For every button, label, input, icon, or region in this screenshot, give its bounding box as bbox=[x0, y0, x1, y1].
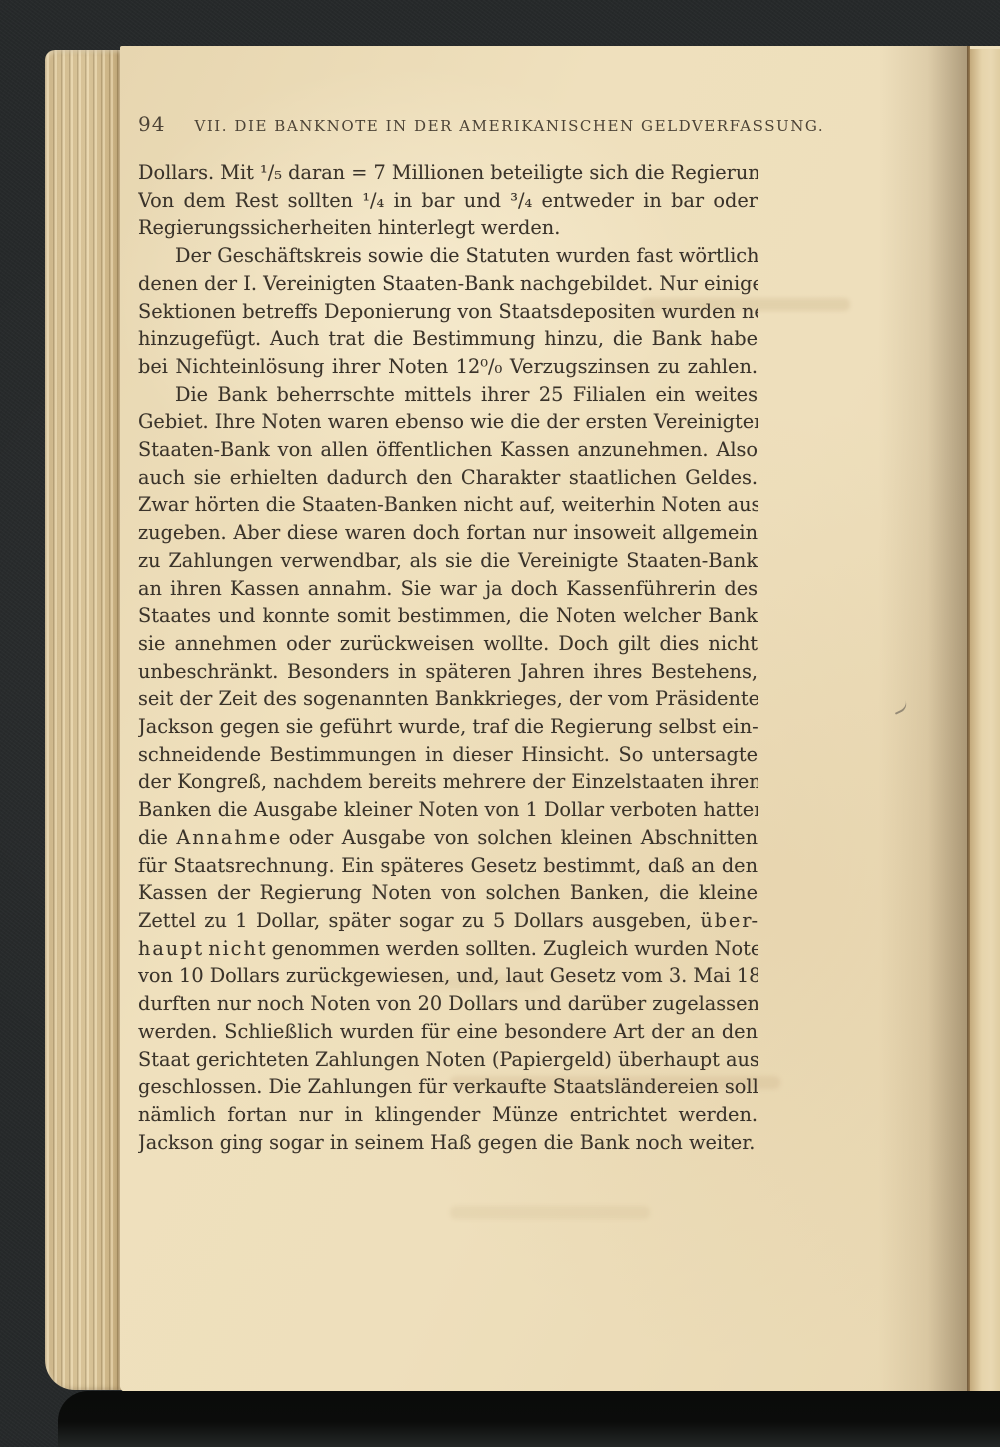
text-line: an ihren Kassen annahm. Sie war ja doch … bbox=[138, 575, 758, 603]
text-line: Jackson ging sogar in seinem Haß gegen d… bbox=[138, 1129, 758, 1157]
text-line: werden. Schließlich wurden für eine beso… bbox=[138, 1018, 758, 1046]
text-line: unbeschränkt. Besonders in späteren Jahr… bbox=[138, 658, 758, 686]
page-number: 94 bbox=[138, 112, 165, 136]
text-line: zu Zahlungen verwendbar, als sie die Ver… bbox=[138, 547, 758, 575]
page-content: 94 VII. DIE BANKNOTE IN DER AMERIKANISCH… bbox=[138, 112, 758, 1156]
text-line: schneidende Bestimmungen in dieser Hinsi… bbox=[138, 741, 758, 769]
text-line: denen der I. Vereinigten Staaten-Bank na… bbox=[138, 270, 758, 298]
page-header: 94 VII. DIE BANKNOTE IN DER AMERIKANISCH… bbox=[138, 112, 758, 136]
text-line: von 10 Dollars zurückgewiesen, und, laut… bbox=[138, 962, 758, 990]
text-line: auch sie erhielten dadurch den Charakter… bbox=[138, 464, 758, 492]
show-through-smudge bbox=[450, 1206, 650, 1219]
text-line: der Kongreß, nachdem bereits mehrere der… bbox=[138, 768, 758, 796]
running-title: VII. DIE BANKNOTE IN DER AMERIKANISCHEN … bbox=[194, 117, 824, 135]
text-line: Regierungssicherheiten hinterlegt werden… bbox=[138, 214, 758, 242]
text-line: für Staatsrechnung. Ein späteres Gesetz … bbox=[138, 852, 758, 880]
text-line: geschlossen. Die Zahlungen für verkaufte… bbox=[138, 1073, 758, 1101]
text-line: Dollars. Mit ¹/₅ daran = 7 Millionen bet… bbox=[138, 159, 758, 187]
page-edges-stack bbox=[45, 50, 123, 1390]
text-line: die A n n a h m e oder Ausgabe von solch… bbox=[138, 824, 758, 852]
text-line: nämlich fortan nur in klingender Münze e… bbox=[138, 1101, 758, 1129]
adjacent-page-sliver bbox=[970, 49, 1000, 1392]
text-line: Kassen der Regierung Noten von solchen B… bbox=[138, 879, 758, 907]
text-line: Sektionen betreffs Deponierung von Staat… bbox=[138, 298, 758, 326]
text-line: Zettel zu 1 Dollar, später sogar zu 5 Do… bbox=[138, 907, 758, 935]
text-line: Gebiet. Ihre Noten waren ebenso wie die … bbox=[138, 408, 758, 436]
text-line: seit der Zeit des sogenannten Bankkriege… bbox=[138, 685, 758, 713]
text-line: sie annehmen oder zurückweisen wollte. D… bbox=[138, 630, 758, 658]
text-line: bei Nichteinlösung ihrer Noten 12⁰/₀ Ver… bbox=[138, 353, 758, 381]
text-line: Von dem Rest sollten ¹/₄ in bar und ³/₄ … bbox=[138, 187, 758, 215]
gutter-shadow bbox=[878, 46, 968, 1392]
text-line: Staates und konnte somit bestimmen, die … bbox=[138, 602, 758, 630]
text-line: durften nur noch Noten von 20 Dollars un… bbox=[138, 990, 758, 1018]
text-line: Der Geschäftskreis sowie die Statuten wu… bbox=[138, 242, 758, 270]
text-line: Banken die Ausgabe kleiner Noten von 1 D… bbox=[138, 796, 758, 824]
text-line: Die Bank beherrschte mittels ihrer 25 Fi… bbox=[138, 381, 758, 409]
text-line: zugeben. Aber diese waren doch fortan nu… bbox=[138, 519, 758, 547]
page-bottom-shadow bbox=[58, 1391, 1000, 1447]
text-line: h a u p t n i c h t genommen werden soll… bbox=[138, 935, 758, 963]
body-text: Dollars. Mit ¹/₅ daran = 7 Millionen bet… bbox=[138, 159, 758, 1156]
text-line: hinzugefügt. Auch trat die Bestimmung hi… bbox=[138, 325, 758, 353]
text-line: Zwar hörten die Staaten-Banken nicht auf… bbox=[138, 491, 758, 519]
text-line: Staat gerichteten Zahlungen Noten (Papie… bbox=[138, 1046, 758, 1074]
book-photo: 94 VII. DIE BANKNOTE IN DER AMERIKANISCH… bbox=[0, 0, 1000, 1447]
text-line: Jackson gegen sie geführt wurde, traf di… bbox=[138, 713, 758, 741]
text-line: Staaten-Bank von allen öffentlichen Kass… bbox=[138, 436, 758, 464]
